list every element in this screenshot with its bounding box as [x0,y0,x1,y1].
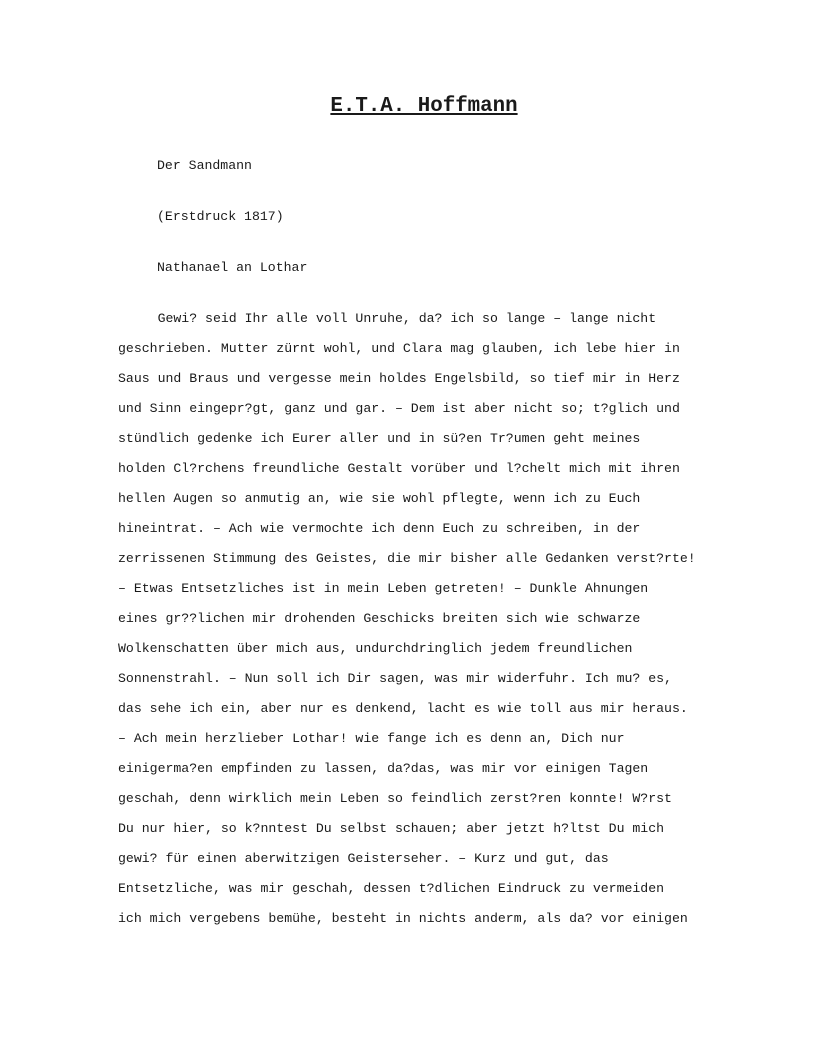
text-line: eines gr??lichen mir drohenden Geschicks… [118,604,730,634]
document-title: E.T.A. Hoffmann [118,92,730,122]
text-line: hineintrat. – Ach wie vermochte ich denn… [118,514,730,544]
document-page: E.T.A. Hoffmann Der Sandmann (Erstdruck … [0,0,816,1056]
text-line: gewi? für einen aberwitzigen Geistersehe… [118,844,730,874]
text-line: ich mich vergebens bemühe, besteht in ni… [118,904,730,934]
text-line: stündlich gedenke ich Eurer aller und in… [118,424,730,454]
text-line: hellen Augen so anmutig an, wie sie wohl… [118,484,730,514]
text-line: Du nur hier, so k?nntest Du selbst schau… [118,814,730,844]
text-line: Sonnenstrahl. – Nun soll ich Dir sagen, … [118,664,730,694]
text-line: zerrissenen Stimmung des Geistes, die mi… [118,544,730,574]
text-line: Saus und Braus und vergesse mein holdes … [118,364,730,394]
body-paragraph: Gewi? seid Ihr alle voll Unruhe, da? ich… [118,304,730,934]
subtitle-edition: (Erstdruck 1817) [118,202,730,232]
subtitle-chapter: Nathanael an Lothar [118,253,730,283]
text-line: – Etwas Entsetzliches ist in mein Leben … [118,574,730,604]
text-line: und Sinn eingepr?gt, ganz und gar. – Dem… [118,394,730,424]
text-line: einigerma?en empfinden zu lassen, da?das… [118,754,730,784]
text-line: geschah, denn wirklich mein Leben so fei… [118,784,730,814]
text-line: – Ach mein herzlieber Lothar! wie fange … [118,724,730,754]
text-line: Wolkenschatten über mich aus, undurchdri… [118,634,730,664]
text-line: Entsetzliche, was mir geschah, dessen t?… [118,874,730,904]
text-line: Gewi? seid Ihr alle voll Unruhe, da? ich… [118,304,730,334]
text-line: das sehe ich ein, aber nur es denkend, l… [118,694,730,724]
text-line: holden Cl?rchens freundliche Gestalt vor… [118,454,730,484]
subtitle-work: Der Sandmann [118,151,730,181]
text-line: geschrieben. Mutter zürnt wohl, und Clar… [118,334,730,364]
